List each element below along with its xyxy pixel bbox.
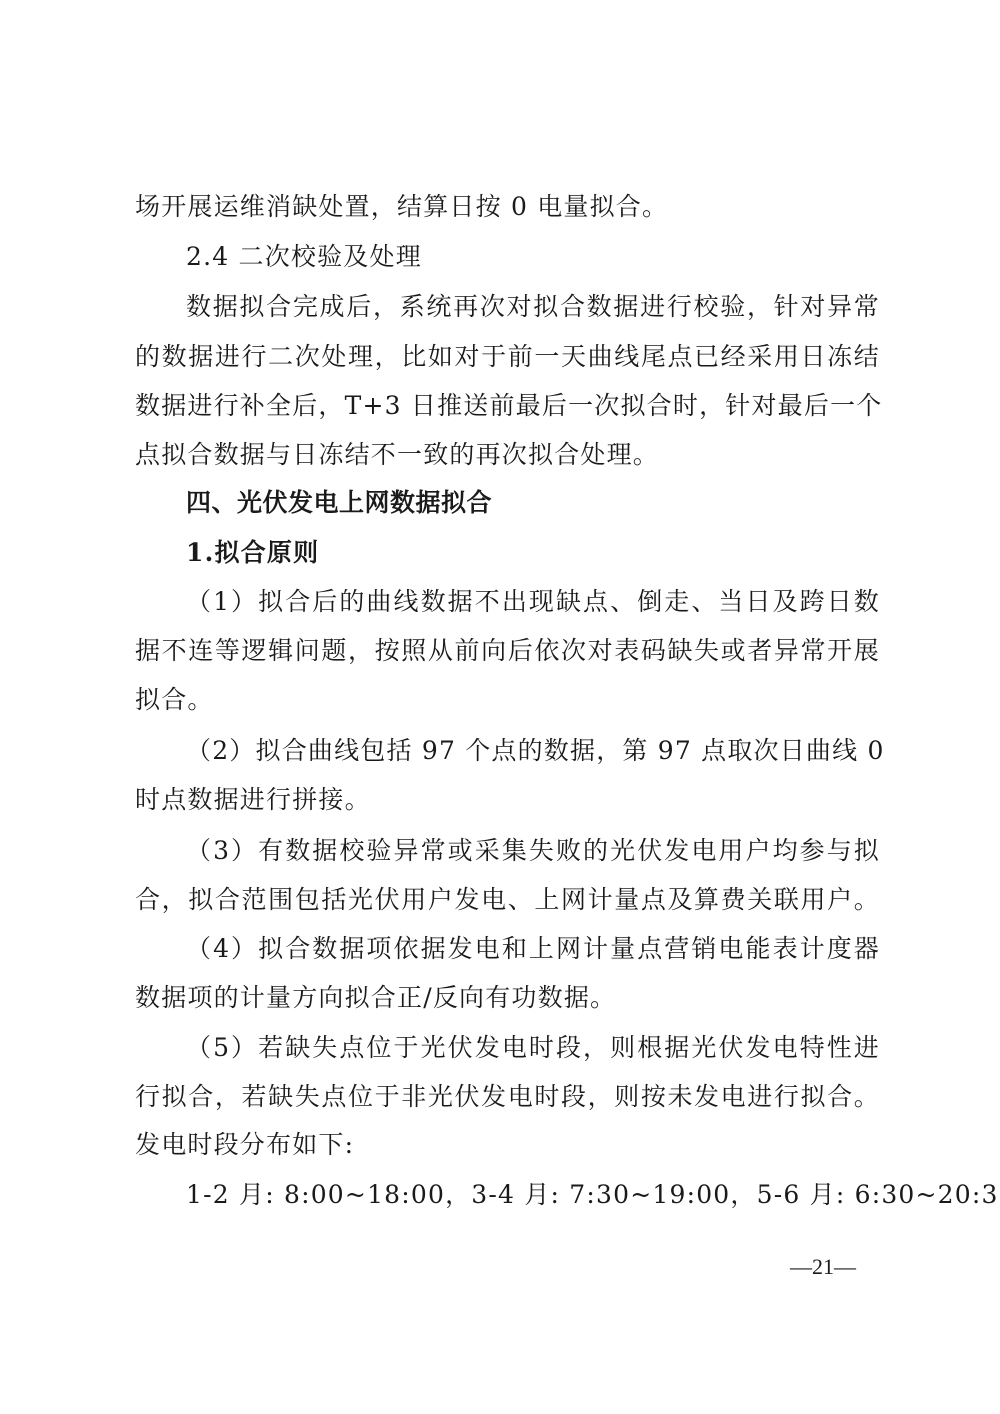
section-heading-2-4: 2.4 二次校验及处理 [186, 240, 880, 274]
list-item-5: （5）若缺失点位于光伏发电时段，则根据光伏发电特性进 [186, 1031, 880, 1065]
list-item-5-cont: 发电时段分布如下: [135, 1128, 880, 1162]
document-page: 场开展运维消缺处置，结算日按 0 电量拟合。 2.4 二次校验及处理 数据拟合完… [0, 0, 1000, 1414]
list-item-2-cont: 时点数据进行拼接。 [135, 783, 880, 817]
paragraph-continuation: 场开展运维消缺处置，结算日按 0 电量拟合。 [135, 190, 880, 224]
chapter-heading: 四、光伏发电上网数据拟合 [186, 486, 880, 520]
paragraph-line: 数据拟合完成后，系统再次对拟合数据进行校验，针对异常 [186, 290, 880, 324]
paragraph-line: 的数据进行二次处理，比如对于前一天曲线尾点已经采用日冻结 [135, 340, 880, 374]
page-number: —21— [790, 1252, 856, 1282]
paragraph-line: 点拟合数据与日冻结不一致的再次拟合处理。 [135, 438, 880, 472]
subsection-heading: 1.拟合原则 [186, 536, 880, 570]
list-item-1-cont: 据不连等逻辑问题，按照从前向后依次对表码缺失或者异常开展 [135, 634, 880, 668]
list-item-1: （1）拟合后的曲线数据不出现缺点、倒走、当日及跨日数 [186, 585, 880, 619]
list-item-3: （3）有数据校验异常或采集失败的光伏发电用户均参与拟 [186, 834, 880, 868]
list-item-4-cont: 数据项的计量方向拟合正/反向有功数据。 [135, 981, 880, 1015]
list-item-1-cont: 拟合。 [135, 683, 880, 717]
list-item-2: （2）拟合曲线包括 97 个点的数据，第 97 点取次日曲线 0 [186, 734, 880, 768]
generation-periods: 1-2 月: 8:00~18:00，3-4 月: 7:30~19:00，5-6 … [186, 1178, 880, 1212]
paragraph-line: 数据进行补全后，T+3 日推送前最后一次拟合时，针对最后一个 [135, 389, 880, 423]
list-item-4: （4）拟合数据项依据发电和上网计量点营销电能表计度器 [186, 932, 880, 966]
list-item-3-cont: 合，拟合范围包括光伏用户发电、上网计量点及算费关联用户。 [135, 883, 880, 917]
list-item-5-cont: 行拟合，若缺失点位于非光伏发电时段，则按未发电进行拟合。 [135, 1080, 880, 1114]
